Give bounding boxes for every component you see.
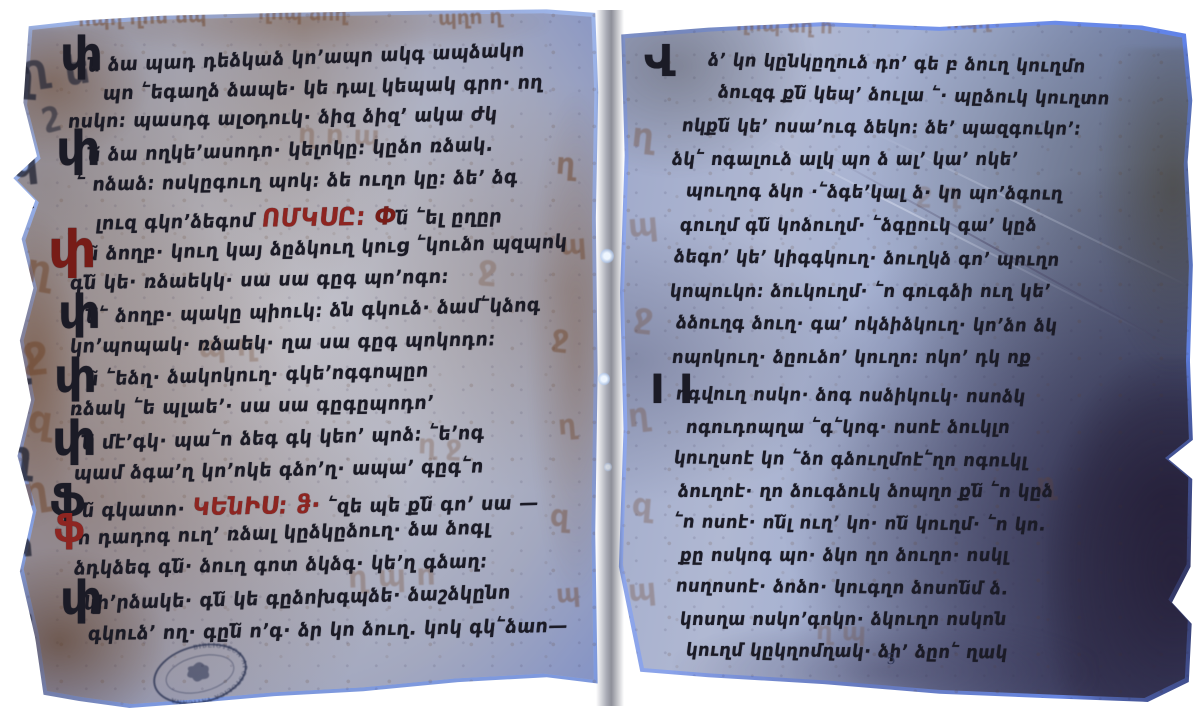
edge-text-fragment: ղ — [2, 432, 35, 483]
manuscript-line: ոպոկուղ· ձըուձո՚ կուղո։ ոկո՚ դկ ոք — [671, 348, 1033, 368]
manuscript-line: կոպուկո։ ձուկուղմ· ՟ո գուգձի ուղ կե՚ — [669, 282, 1052, 302]
undertext-fragment: ղ — [557, 409, 578, 441]
undertext-fragment: զ — [631, 487, 655, 524]
edge-text-fragment: ձ — [6, 519, 35, 567]
manuscript-line: ձեգո՚ կե՚ կիգգկուղ· ձուղկձ գո՚ պուղո — [673, 247, 1061, 270]
initial-letter: փ — [48, 230, 97, 272]
right-page: ղոպ ճղ ոոպղղպջղզպջ ղղղ պ ձ՚ կո կընկըղուձ… — [616, 18, 1194, 704]
manuscript-line: ոկքն̃ կե՚ ոսա՚ուգ ձեկո։ ձե՚ պազգուկո՚։ — [681, 116, 1083, 139]
undertext-fragment: ջ — [550, 319, 571, 354]
undertext-fragment: պ — [627, 207, 660, 245]
light-glint — [598, 372, 610, 386]
light-glint — [600, 248, 614, 264]
manuscript-line: ոսղոսոէ· ձոձո· կուգղո ձոսոն̃մ ձ. — [675, 577, 1010, 600]
manuscript-line: կուղսոէ կո ՟ձո գձուղմոէ՟ղո ոգուկլ — [673, 448, 1029, 471]
undertext-fragment: պղո ղ — [438, 5, 503, 29]
manuscript-line: կոսղա ոսկո՚գոկո· ձկուղո ոսկոն — [679, 610, 1008, 630]
initial-letter: փ — [58, 294, 101, 331]
manuscript-line: ՟ո ոսոէ· ոն̃լ ուղ՚ կո· ոն̃ կուղմ· ՟ո կո. — [673, 512, 1048, 535]
manuscript-line: ձկ՟ ոգալուձ ալկ պո ձ ալ՚ կա՚ ոկե՚ — [671, 150, 1020, 170]
binding-gutter — [596, 10, 624, 706]
light-glint — [604, 462, 612, 472]
undertext-fragment: ղ — [626, 397, 650, 434]
margin-cross-mark: × — [22, 194, 36, 214]
undertext-fragment: ղ — [630, 117, 656, 156]
manuscript-line: քը ոսկոգ պո· ձկո ղո ձուղո· ոսկլ — [679, 546, 1010, 566]
manuscript-line: ոգվուղ ոսկո· ձոգ ոսձիկուկ· ոսոձկ — [675, 384, 1027, 407]
undertext-fragment: ջ — [477, 249, 499, 288]
undertext-fragment: ղոպ ճղ ո — [736, 12, 834, 37]
undertext-fragment: պ — [555, 579, 581, 609]
initial-letter: փ — [60, 36, 103, 73]
edge-text-fragment: ղ — [9, 599, 36, 642]
initial-letter: փ — [56, 130, 101, 168]
edge-text-fragment: կ — [8, 137, 41, 188]
left-page: ոպղ ղոմ ճպղոպ ձողպղո ղղջզղղ ո պպ ղղ ջղ պ… — [8, 8, 600, 708]
initial-letter: Վ — [644, 44, 675, 79]
manuscript-line: կուղմ կըկղոմղակ· ձի՚ ձըո՟ ղակ — [685, 641, 1009, 664]
undertext-fragment: ղ — [555, 147, 577, 181]
undertext-fragment: ոպղ — [946, 10, 991, 33]
initial-letter: ֆ — [54, 514, 85, 544]
stamp-emblem — [185, 660, 211, 683]
folio-number: 5 — [885, 650, 896, 669]
manuscript-line: պուղոգ ձկո ·՟ձգե՚կալ ձ· կո պո՚ձգուղ — [685, 181, 1065, 204]
undertext-fragment: ղոպ ձող — [258, 1, 348, 25]
edge-text-fragment: յ — [4, 249, 21, 294]
initial-letter: փ — [60, 580, 103, 617]
manuscript-line: ձձուղգ ձուղ· գա՚ ոկձիձկուղ· կո՚ձո ձկ — [675, 313, 1059, 336]
initial-letter: փ — [52, 420, 97, 458]
manuscript-line: գուղմ գն̃ կոձուղմ· ՟ձգըուկ գա՚ կըձ — [679, 216, 1039, 236]
manuscript-photo: ոպղ ղոմ ճպղոպ ձողպղո ղղջզղղ ո պպ ղղ ջղ պ… — [0, 0, 1200, 728]
initial-letter: փ — [54, 358, 97, 395]
manuscript-line: ձուղոէ· ղո ձուգձուկ ձոպղո քն̃ ՟ո կըձ — [677, 482, 1055, 502]
undertext-fragment: զ — [549, 499, 571, 533]
undertext-fragment: ջ — [632, 297, 655, 336]
edge-text-fragment: Լ — [6, 347, 33, 395]
initial-letter: I I — [650, 374, 694, 406]
manuscript-line: ոգուդոպղա ՟գ՟կոգ· ոսոէ ձուկլո — [685, 418, 1012, 438]
undertext-fragment: պ — [627, 573, 658, 608]
